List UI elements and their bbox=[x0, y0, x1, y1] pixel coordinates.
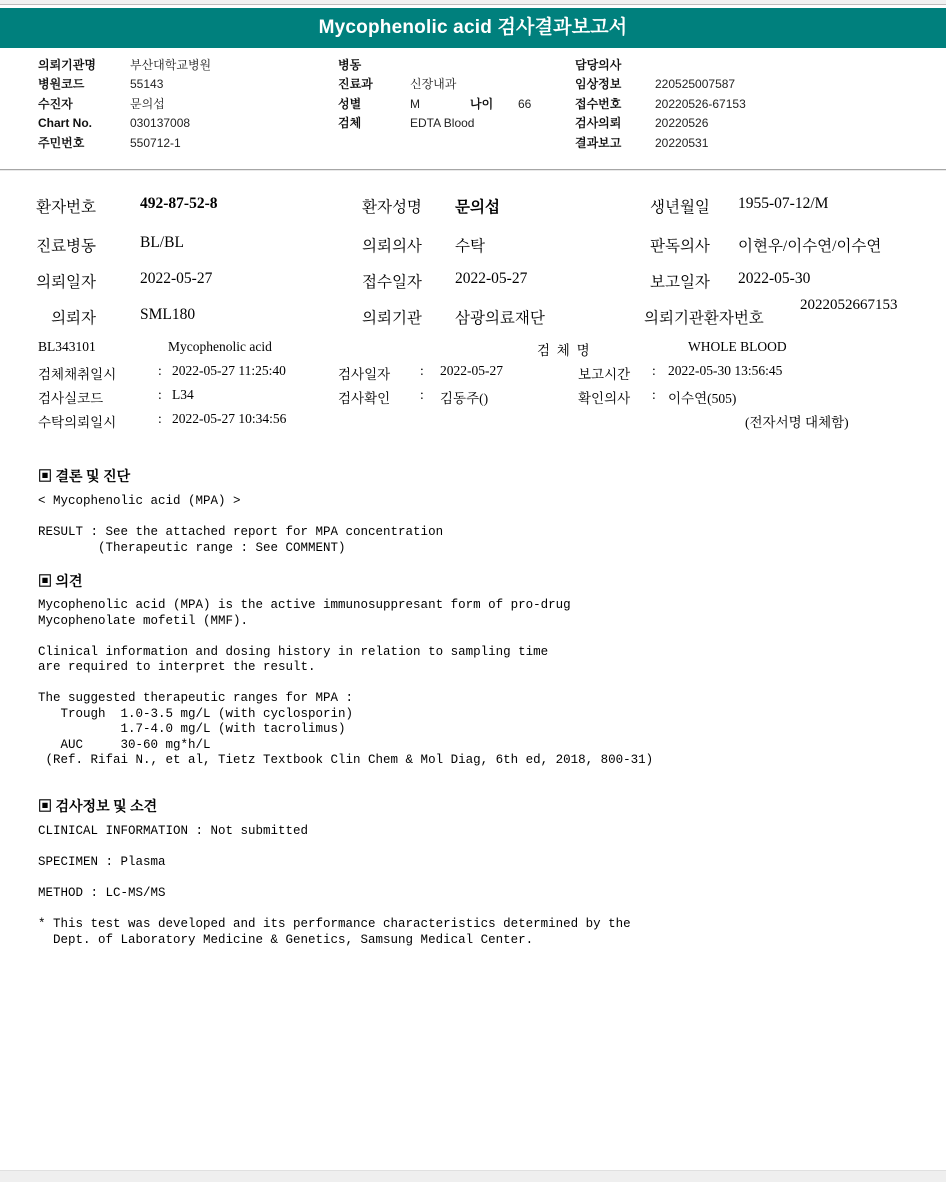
field-value: 550712-1 bbox=[130, 134, 181, 153]
field-label: 검사일자 bbox=[338, 363, 390, 383]
patient-row: 의뢰자SML180 의뢰기관삼광의료재단 의뢰기관환자번호20220526671… bbox=[0, 306, 946, 328]
top-window-strip bbox=[0, 0, 946, 5]
field-value: L34 bbox=[172, 387, 194, 403]
field-label: 의뢰의사 bbox=[362, 234, 422, 256]
field-value: 2022-05-30 bbox=[738, 270, 810, 288]
specimen-value: WHOLE BLOOD bbox=[688, 339, 787, 355]
field-value: M bbox=[410, 95, 420, 114]
section-body-conclusion: < Mycophenolic acid (MPA) > RESULT : See… bbox=[38, 494, 443, 556]
field-value: 김동주() bbox=[440, 387, 488, 407]
field-value: 2022-05-27 11:25:40 bbox=[172, 363, 286, 379]
field-value: 삼광의료재단 bbox=[455, 306, 545, 328]
field-label: 병원코드 bbox=[38, 75, 130, 94]
patient-row: 환자번호492-87-52-8 환자성명문의섭 생년월일1955-07-12/M bbox=[0, 195, 946, 217]
field-label: 환자번호 bbox=[20, 195, 96, 217]
age-label: 나이 bbox=[470, 95, 493, 114]
field-value: BL/BL bbox=[140, 234, 184, 252]
field-value: 2022-05-27 bbox=[455, 270, 527, 288]
field-value: 2022-05-30 13:56:45 bbox=[668, 363, 782, 379]
field-label: 검사확인 bbox=[338, 387, 390, 407]
patient-name: 문의섭 bbox=[455, 195, 500, 217]
field-value: 20220531 bbox=[655, 134, 708, 153]
field-row: 접수번호20220526-67153 bbox=[575, 95, 935, 114]
field-label: 판독의사 bbox=[650, 234, 710, 256]
field-label: 주민번호 bbox=[38, 134, 130, 153]
field-value: 20220526-67153 bbox=[655, 95, 746, 114]
field-label: 결과보고 bbox=[575, 134, 655, 153]
field-label: 검체 bbox=[338, 114, 410, 133]
report-page: Mycophenolic acid 검사결과보고서 의뢰기관명부산대학교병원 병… bbox=[0, 0, 946, 1182]
colon: : bbox=[420, 363, 424, 379]
org-info-col-middle: 병동 진료과신장내과 성별M 검체EDTA Blood 나이 66 bbox=[338, 56, 575, 134]
field-label: 검사실코드 bbox=[38, 387, 103, 407]
field-value: SML180 bbox=[140, 306, 195, 324]
patient-id: 492-87-52-8 bbox=[140, 195, 218, 213]
field-row: 의뢰기관명부산대학교병원 bbox=[38, 56, 338, 75]
field-value: 이수연(505) bbox=[668, 387, 736, 407]
bottom-window-strip bbox=[0, 1170, 946, 1182]
field-value: 2022-05-27 10:34:56 bbox=[172, 411, 286, 427]
test-meta-row: 검체채취일시:2022-05-27 11:25:40 검사일자:2022-05-… bbox=[0, 363, 946, 383]
test-name: Mycophenolic acid bbox=[168, 339, 272, 355]
field-value: 55143 bbox=[130, 75, 163, 94]
field-label: 병동 bbox=[338, 56, 410, 75]
field-row: 병동 bbox=[338, 56, 575, 75]
section-header-conclusion: ▣ 결론 및 진단 bbox=[38, 466, 130, 486]
field-label: 의뢰기관명 bbox=[38, 56, 130, 75]
field-label: 임상정보 bbox=[575, 75, 655, 94]
org-info-block: 의뢰기관명부산대학교병원 병원코드55143 수진자문의섭 Chart No.0… bbox=[0, 56, 946, 160]
birth-date: 1955-07-12/M bbox=[738, 195, 828, 213]
field-label: 생년월일 bbox=[650, 195, 710, 217]
field-value: EDTA Blood bbox=[410, 114, 474, 133]
field-label: 보고시간 bbox=[578, 363, 630, 383]
field-value: 20220526 bbox=[655, 114, 708, 133]
field-label: 의뢰일자 bbox=[20, 270, 96, 292]
section-header-test-info: ▣ 검사정보 및 소견 bbox=[38, 796, 157, 816]
field-value: 신장내과 bbox=[410, 75, 456, 94]
field-label: 접수일자 bbox=[362, 270, 422, 292]
field-row: 검체EDTA Blood bbox=[338, 114, 575, 133]
colon: : bbox=[652, 387, 656, 403]
field-label: 의뢰기관 bbox=[362, 306, 422, 328]
field-label: 검체채취일시 bbox=[38, 363, 116, 383]
field-row: 담당의사 bbox=[575, 56, 935, 75]
colon: : bbox=[158, 411, 162, 427]
org-info-col-left: 의뢰기관명부산대학교병원 병원코드55143 수진자문의섭 Chart No.0… bbox=[38, 56, 338, 153]
colon: : bbox=[420, 387, 424, 403]
field-label: 접수번호 bbox=[575, 95, 655, 114]
field-label: 확인의사 bbox=[578, 387, 630, 407]
colon: : bbox=[652, 363, 656, 379]
field-label: 진료병동 bbox=[20, 234, 96, 256]
field-label: 의뢰기관환자번호 bbox=[644, 306, 764, 328]
field-row: Chart No.030137008 bbox=[38, 114, 338, 133]
field-row: 임상정보220525007587 bbox=[575, 75, 935, 94]
field-row: 주민번호550712-1 bbox=[38, 134, 338, 153]
field-value: 수탁 bbox=[455, 234, 485, 256]
field-value: 030137008 bbox=[130, 114, 190, 133]
field-row: 성별M bbox=[338, 95, 575, 114]
field-label: 성별 bbox=[338, 95, 410, 114]
field-label: 보고일자 bbox=[650, 270, 710, 292]
section-body-test-info: CLINICAL INFORMATION : Not submitted SPE… bbox=[38, 824, 631, 948]
patient-row: 의뢰일자2022-05-27 접수일자2022-05-27 보고일자2022-0… bbox=[0, 270, 946, 292]
test-header-row: BL343101 Mycophenolic acid 검 체 명 WHOLE B… bbox=[0, 339, 946, 359]
patient-row: 진료병동BL/BL 의뢰의사수탁 판독의사이현우/이수연/이수연 bbox=[0, 234, 946, 256]
field-value: 2022052667153 bbox=[800, 298, 899, 314]
field-label: 의뢰자 bbox=[20, 306, 96, 328]
field-label: 수진자 bbox=[38, 95, 130, 114]
field-label: 담당의사 bbox=[575, 56, 655, 75]
field-row: 결과보고20220531 bbox=[575, 134, 935, 153]
field-row: 진료과신장내과 bbox=[338, 75, 575, 94]
field-label: 수탁의뢰일시 bbox=[38, 411, 116, 431]
section-divider-highlight bbox=[0, 170, 946, 171]
field-label: Chart No. bbox=[38, 114, 130, 133]
field-value: 이현우/이수연/이수연 bbox=[738, 234, 881, 256]
field-row: 병원코드55143 bbox=[38, 75, 338, 94]
section-body-opinion: Mycophenolic acid (MPA) is the active im… bbox=[38, 598, 653, 769]
field-value: 문의섭 bbox=[130, 95, 165, 114]
colon: : bbox=[158, 363, 162, 379]
test-meta-row: 수탁의뢰일시:2022-05-27 10:34:56 (전자서명 대체함) bbox=[0, 411, 946, 431]
field-value: 2022-05-27 bbox=[140, 270, 212, 288]
field-label: 환자성명 bbox=[362, 195, 422, 217]
field-row: 검사의뢰20220526 bbox=[575, 114, 935, 133]
field-row: 수진자문의섭 bbox=[38, 95, 338, 114]
field-label: 진료과 bbox=[338, 75, 410, 94]
org-info-col-right: 담당의사 임상정보220525007587 접수번호20220526-67153… bbox=[575, 56, 935, 153]
field-value: 220525007587 bbox=[655, 75, 735, 94]
field-value: 2022-05-27 bbox=[440, 363, 503, 379]
report-title: Mycophenolic acid 검사결과보고서 bbox=[0, 8, 946, 48]
field-value: 부산대학교병원 bbox=[130, 56, 211, 75]
colon: : bbox=[158, 387, 162, 403]
section-header-opinion: ▣ 의견 bbox=[38, 571, 83, 591]
test-code: BL343101 bbox=[38, 339, 96, 355]
field-label: 검사의뢰 bbox=[575, 114, 655, 133]
test-meta-row: 검사실코드:L34 검사확인:김동주() 확인의사:이수연(505) bbox=[0, 387, 946, 407]
specimen-label: 검 체 명 bbox=[537, 339, 590, 359]
age-value: 66 bbox=[518, 95, 531, 114]
report-title-bar: Mycophenolic acid 검사결과보고서 bbox=[0, 8, 946, 48]
electronic-signature-note: (전자서명 대체함) bbox=[745, 411, 849, 431]
